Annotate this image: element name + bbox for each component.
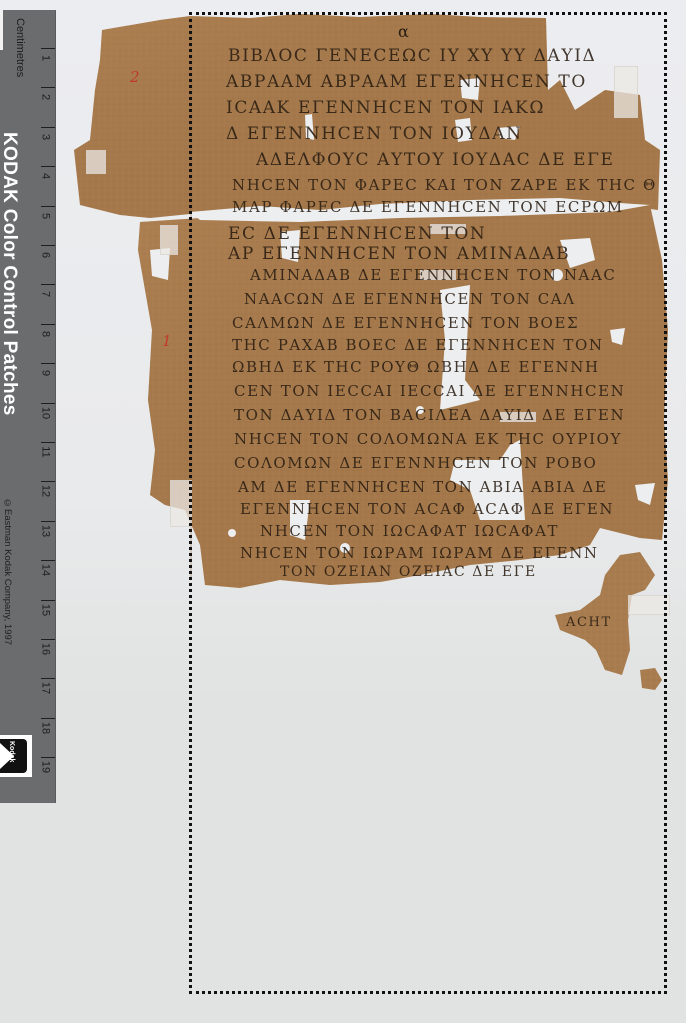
kodak-logo-icon: Kodak	[0, 735, 32, 777]
tape-strip	[86, 150, 106, 174]
kodak-wordmark: Kodak	[8, 741, 15, 762]
ruler-tick-label: 19	[40, 758, 52, 777]
tape-strip	[160, 225, 178, 255]
selection-rectangle[interactable]	[189, 12, 667, 994]
ruler-tick-label: 18	[40, 718, 52, 737]
